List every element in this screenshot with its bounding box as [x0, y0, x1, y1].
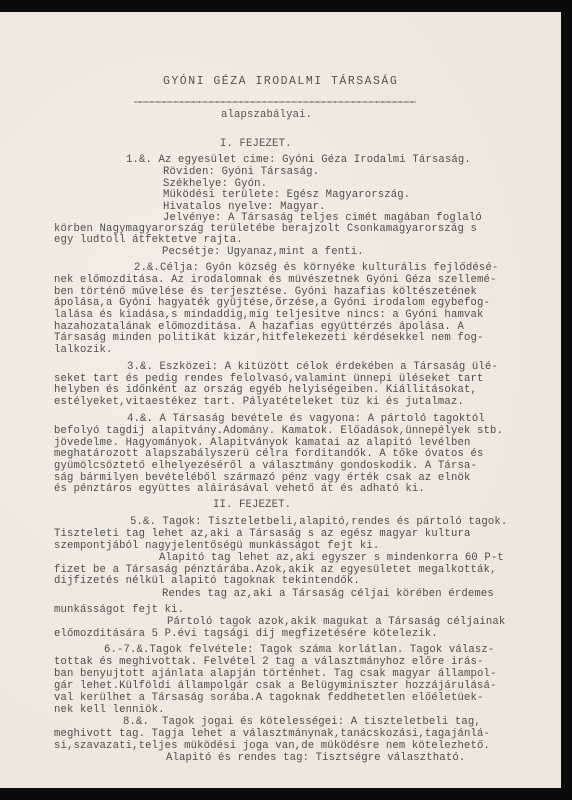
text-line: meghatározott alapszabályszerü célra for…	[54, 448, 483, 460]
text-line: Röviden: Gyóni Társaság.	[163, 166, 319, 178]
chapter-heading-1: I. FEJEZET.	[220, 138, 292, 150]
text-line: lalkozik.	[54, 344, 113, 356]
text-line: val kerülhet a Társaság sorába.A tagokna…	[54, 692, 483, 704]
text-line: ápolása,a Gyóni hagyaték gyüjtése,őrzése…	[54, 297, 490, 309]
text-line: Rendes tag az,aki a Társaság céljai köré…	[162, 588, 494, 600]
text-line: Alapitó tag lehet az,aki egyszer s minde…	[159, 552, 504, 564]
text-line: 3.&. Eszközei: A kitüzött célok érdekébe…	[127, 361, 498, 373]
text-line: ban benyujtott ajánlata alapján történhe…	[54, 668, 497, 680]
text-line: nek kell lenniök.	[54, 704, 165, 716]
text-line: lalása és kiadása,s mindaddig,mig teljes…	[54, 309, 483, 321]
document-subtitle: alapszabályai.	[221, 109, 312, 121]
text-line: egy ludtoll átfektetve rajta.	[54, 234, 243, 246]
text-line: munkásságot fejt ki.	[54, 604, 184, 616]
text-line: gár lehet.Külföldi állampolgár csak a Be…	[54, 680, 497, 692]
text-line: Pecsétje: Ugyanaz,mint a fenti.	[162, 246, 364, 258]
text-line: Tiszteleti tag lehet az,aki a Társaság s…	[54, 528, 470, 540]
text-line: Társaság minden politikát kizár,hitfelek…	[54, 332, 483, 344]
text-line: dijfizetés nélkül alapitó tagoknak tekin…	[54, 575, 360, 587]
text-line: előmozditására 5 P.évi tagsági dij megfi…	[54, 628, 438, 640]
typewritten-page: GYÓNI GÉZA IRODALMI TÁRSASÁG ꟷꟷꟷꟷꟷꟷꟷꟷꟷꟷꟷ…	[0, 12, 561, 788]
text-line: 6.-7.&.Tagok felvétele: Tagok száma korl…	[104, 644, 494, 656]
text-line: szempontjából nagyjelentőségü munkásságo…	[54, 540, 379, 552]
text-line: Alapitó és rendes tag: Tisztségre válasz…	[166, 752, 465, 764]
text-line: si,szavazati,teljes müködési joga van,de…	[54, 740, 490, 752]
text-line: befolyó tagdij alapitvány.Adomány. Kamat…	[54, 425, 503, 437]
text-line: nek előmozditása. Az irodalomnak és müvé…	[54, 274, 497, 286]
text-line: 5.&. Tagok: Tiszteletbeli,alapitó,rendes…	[130, 516, 507, 528]
text-line: és pénztáros együttes aláirásával vehető…	[54, 483, 425, 495]
text-line: Pártoló tagok azok,akik magukat a Társas…	[167, 616, 505, 628]
text-line: 2.&.Célja: Gyón község és környéke kultu…	[134, 262, 498, 274]
text-line: estélyeket,vitaestékez tart. Pályatétele…	[54, 396, 464, 408]
text-line: meghivott tag. Tagja lehet a választmány…	[54, 728, 490, 740]
text-line: Müködési területe: Egész Magyarország.	[163, 189, 410, 201]
document-title: GYÓNI GÉZA IRODALMI TÁRSASÁG	[163, 76, 398, 88]
chapter-heading-2: II. FEJEZET.	[213, 499, 291, 511]
text-line: helyben és időnként az ország egyéb hely…	[54, 384, 477, 396]
text-line: gyümölcsöztető elhelyezéséről a választm…	[54, 460, 477, 472]
text-line: 4.&. A Társaság bevétele és vagyona: A p…	[127, 413, 485, 425]
text-line: 8.&. Tagok jogai és kötelességei: A tisz…	[123, 716, 481, 728]
text-line: tottak és meghivottak. Felvétel 2 tag a …	[54, 656, 483, 668]
text-line: 1.&. Az egyesület cime: Gyóni Géza Iroda…	[126, 154, 471, 166]
